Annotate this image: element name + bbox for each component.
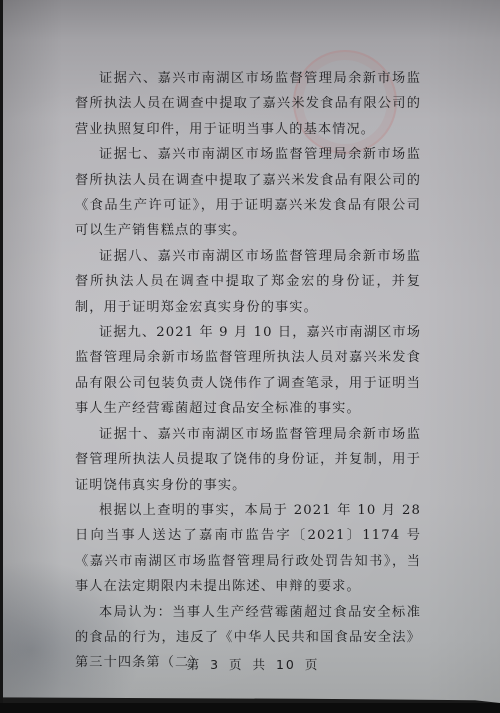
document-page: 证据六、嘉兴市南湖区市场监督管理局余新市场监督所执法人员在调查中提取了嘉兴米发食… <box>3 0 500 703</box>
paragraph-evidence-6: 证据六、嘉兴市南湖区市场监督管理局余新市场监督所执法人员在调查中提取了嘉兴米发食… <box>75 66 421 142</box>
photo-bottom-edge <box>0 703 500 713</box>
page-number-footer: 第 3 页 共 10 页 <box>3 655 500 673</box>
paragraph-evidence-9: 证据九、2021 年 9 月 10 日，嘉兴市南湖区市场监督管理局余新市场监督管… <box>75 320 421 422</box>
paragraph-evidence-8: 证据八、嘉兴市南湖区市场监督管理局余新市场监督所执法人员在调查中提取了郑金宏的身… <box>75 244 421 320</box>
paragraph-evidence-10: 证据十、嘉兴市南湖区市场监督管理局余新市场监督管理所执法人员提取了饶伟的身份证，… <box>75 422 421 498</box>
document-body: 证据六、嘉兴市南湖区市场监督管理局余新市场监督所执法人员在调查中提取了嘉兴米发食… <box>75 66 421 676</box>
paragraph-evidence-7: 证据七、嘉兴市南湖区市场监督管理局余新市场监督所执法人员在调查中提取了嘉兴米发食… <box>75 142 421 244</box>
paragraph-notice: 根据以上查明的事实，本局于 2021 年 10 月 28 日向当事人送达了嘉南市… <box>75 498 421 600</box>
photo-left-edge <box>0 0 3 713</box>
